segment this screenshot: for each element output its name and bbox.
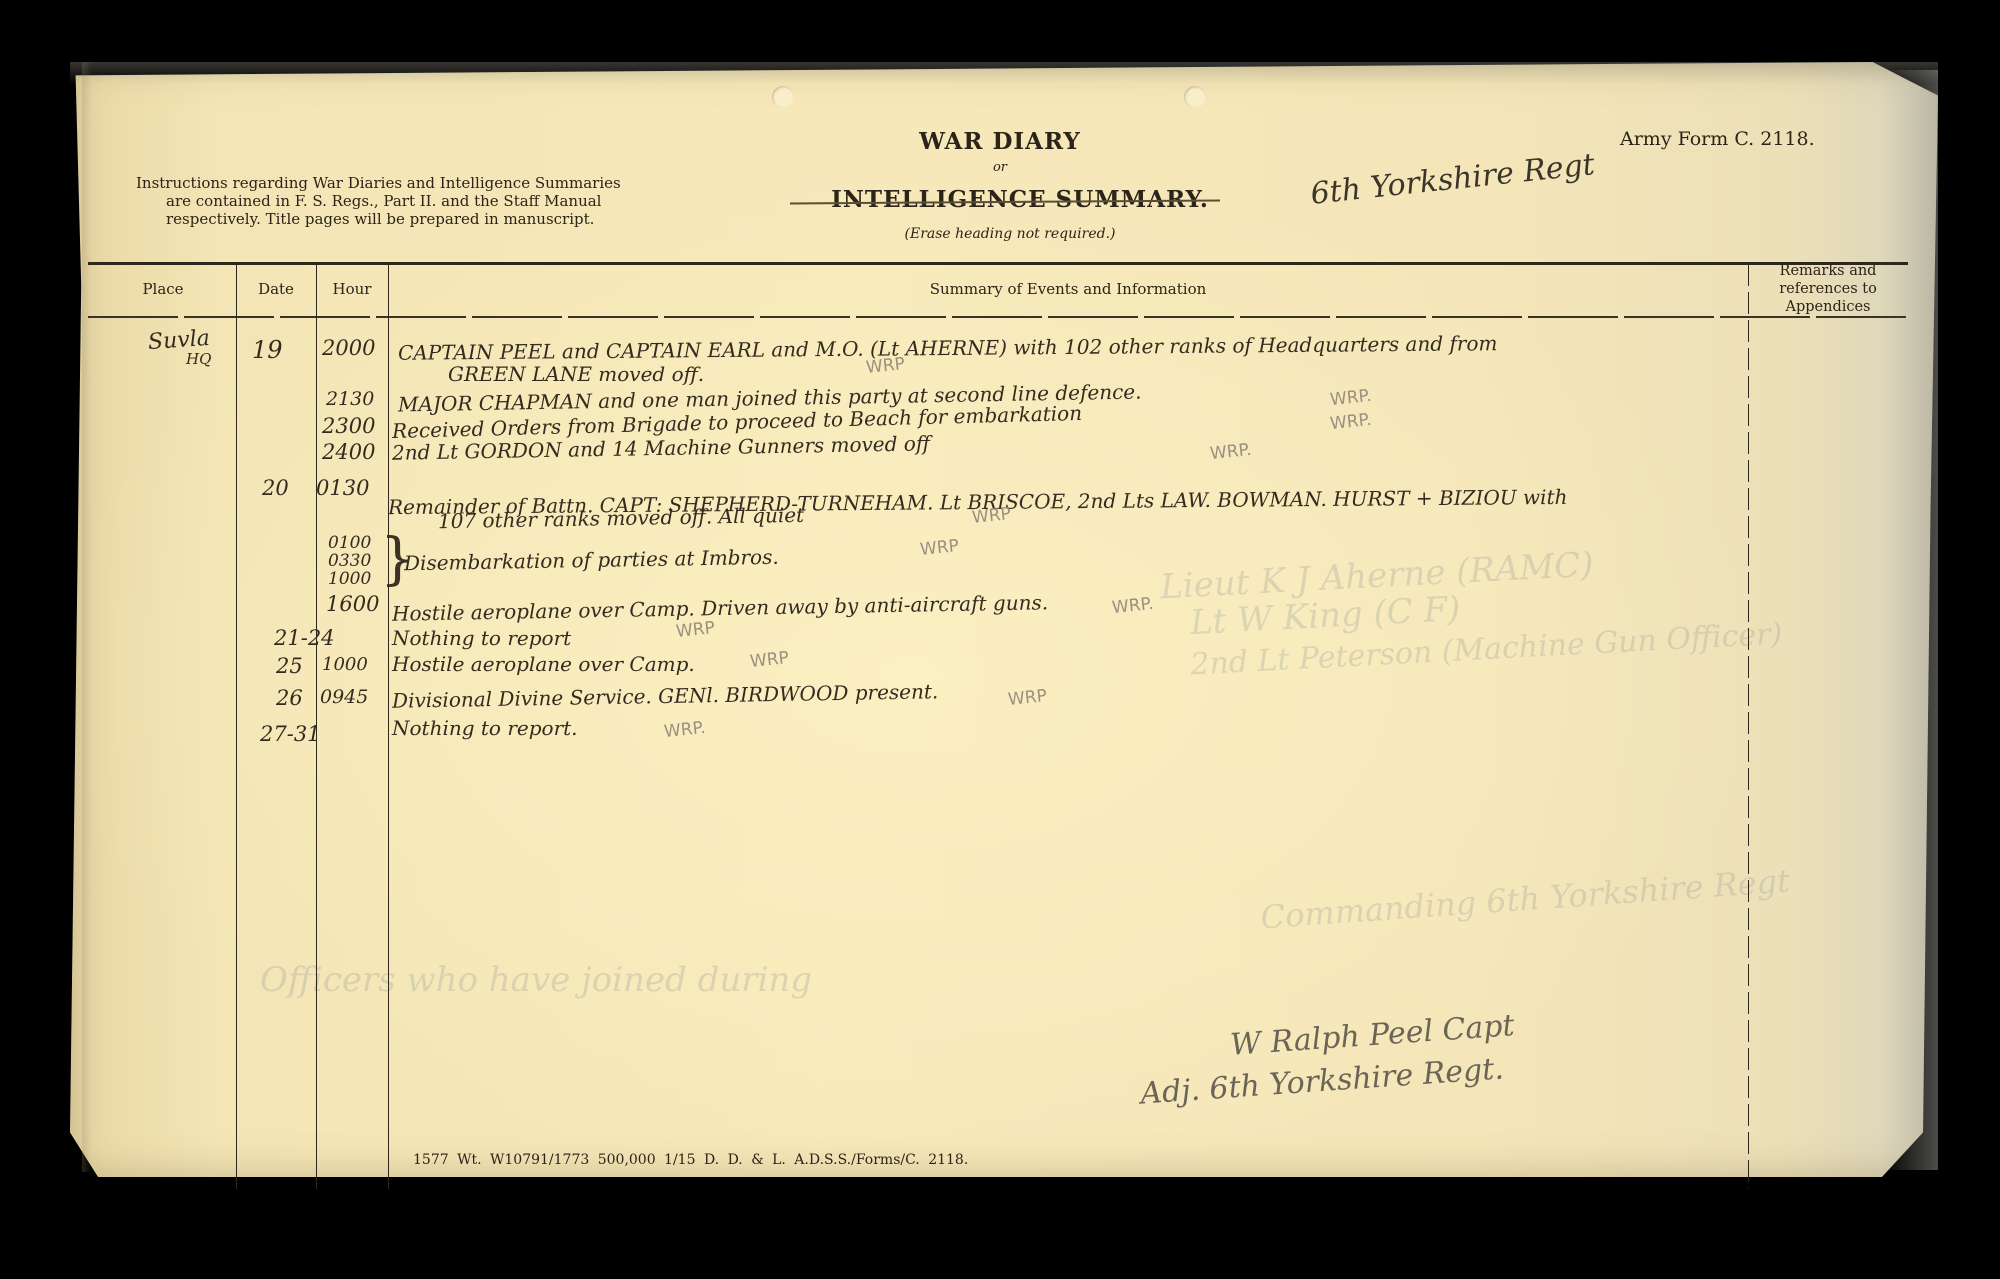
hour-cell: 2130 xyxy=(326,388,374,410)
punch-hole-left xyxy=(772,86,794,108)
column-header-place: Place xyxy=(90,280,236,298)
column-divider xyxy=(1748,264,1749,1189)
printer-imprint: 1577 Wt. W10791/1773 500,000 1/15 D. D. … xyxy=(413,1152,968,1168)
date-cell: 19 xyxy=(252,336,283,364)
punch-hole-right xyxy=(1184,86,1206,108)
remarks-header-line: Remarks and xyxy=(1750,262,1906,280)
table-top-rule xyxy=(88,262,1908,265)
show-through-text: Officers who have joined during xyxy=(260,960,812,1000)
remarks-header-line: references to xyxy=(1750,280,1906,298)
title-or: or xyxy=(950,160,1050,175)
initials-annotation: WRP xyxy=(865,354,906,378)
date-cell: 26 xyxy=(276,686,303,710)
hour-line: 0330 xyxy=(328,552,371,570)
column-divider xyxy=(236,264,237,1189)
initials-annotation: WRP xyxy=(971,504,1012,528)
paper-right-edge xyxy=(1880,70,1938,1170)
event-text: GREEN LANE moved off. xyxy=(448,362,704,386)
initials-annotation: WRP xyxy=(675,618,716,642)
erase-note: (Erase heading not required.) xyxy=(800,226,1220,242)
hour-cell: 2300 xyxy=(322,414,375,438)
initials-annotation: WRP xyxy=(919,536,960,560)
table-header-rule xyxy=(88,316,1908,318)
form-number: Army Form C. 2118. xyxy=(1620,128,1815,150)
column-divider xyxy=(388,264,389,1189)
hour-cell: 2000 xyxy=(322,336,375,360)
hour-cell: 2400 xyxy=(322,440,375,464)
hour-line: 0100 xyxy=(328,534,371,552)
hour-cell-multi: 0100 0330 1000 xyxy=(328,534,371,588)
place-cell-sub: HQ xyxy=(186,350,211,368)
hour-cell: 1600 xyxy=(326,592,379,616)
column-header-remarks: Remarks and references to Appendices xyxy=(1750,262,1906,316)
hour-cell: 0130 xyxy=(316,476,369,500)
column-header-date: Date xyxy=(236,280,316,298)
paper-left-fold xyxy=(82,62,92,1172)
event-text: Nothing to report. xyxy=(392,716,578,740)
paper-top-fold xyxy=(70,62,1938,84)
initials-annotation: WRP xyxy=(1007,686,1048,710)
date-cell: 27-31 xyxy=(260,722,321,746)
column-header-hour: Hour xyxy=(316,280,388,298)
date-cell: 20 xyxy=(262,476,289,500)
hour-cell: 0945 xyxy=(320,686,368,708)
date-cell: 21-24 xyxy=(274,626,335,650)
remarks-header-line: Appendices xyxy=(1750,298,1906,316)
page-title: WAR DIARY xyxy=(750,128,1250,155)
hour-cell: 1000 xyxy=(322,654,368,675)
event-text: Nothing to report xyxy=(392,626,571,650)
date-cell: 25 xyxy=(276,654,303,678)
hour-line: 1000 xyxy=(328,570,371,588)
column-header-summary: Summary of Events and Information xyxy=(388,280,1748,298)
event-text: Hostile aeroplane over Camp. xyxy=(392,652,695,676)
instructions-text: Instructions regarding War Diaries and I… xyxy=(136,174,626,228)
scanned-document: Lieut K J Aherne (RAMC) Lt W King (C F) … xyxy=(0,0,2000,1279)
initials-annotation: WRP xyxy=(749,648,790,672)
